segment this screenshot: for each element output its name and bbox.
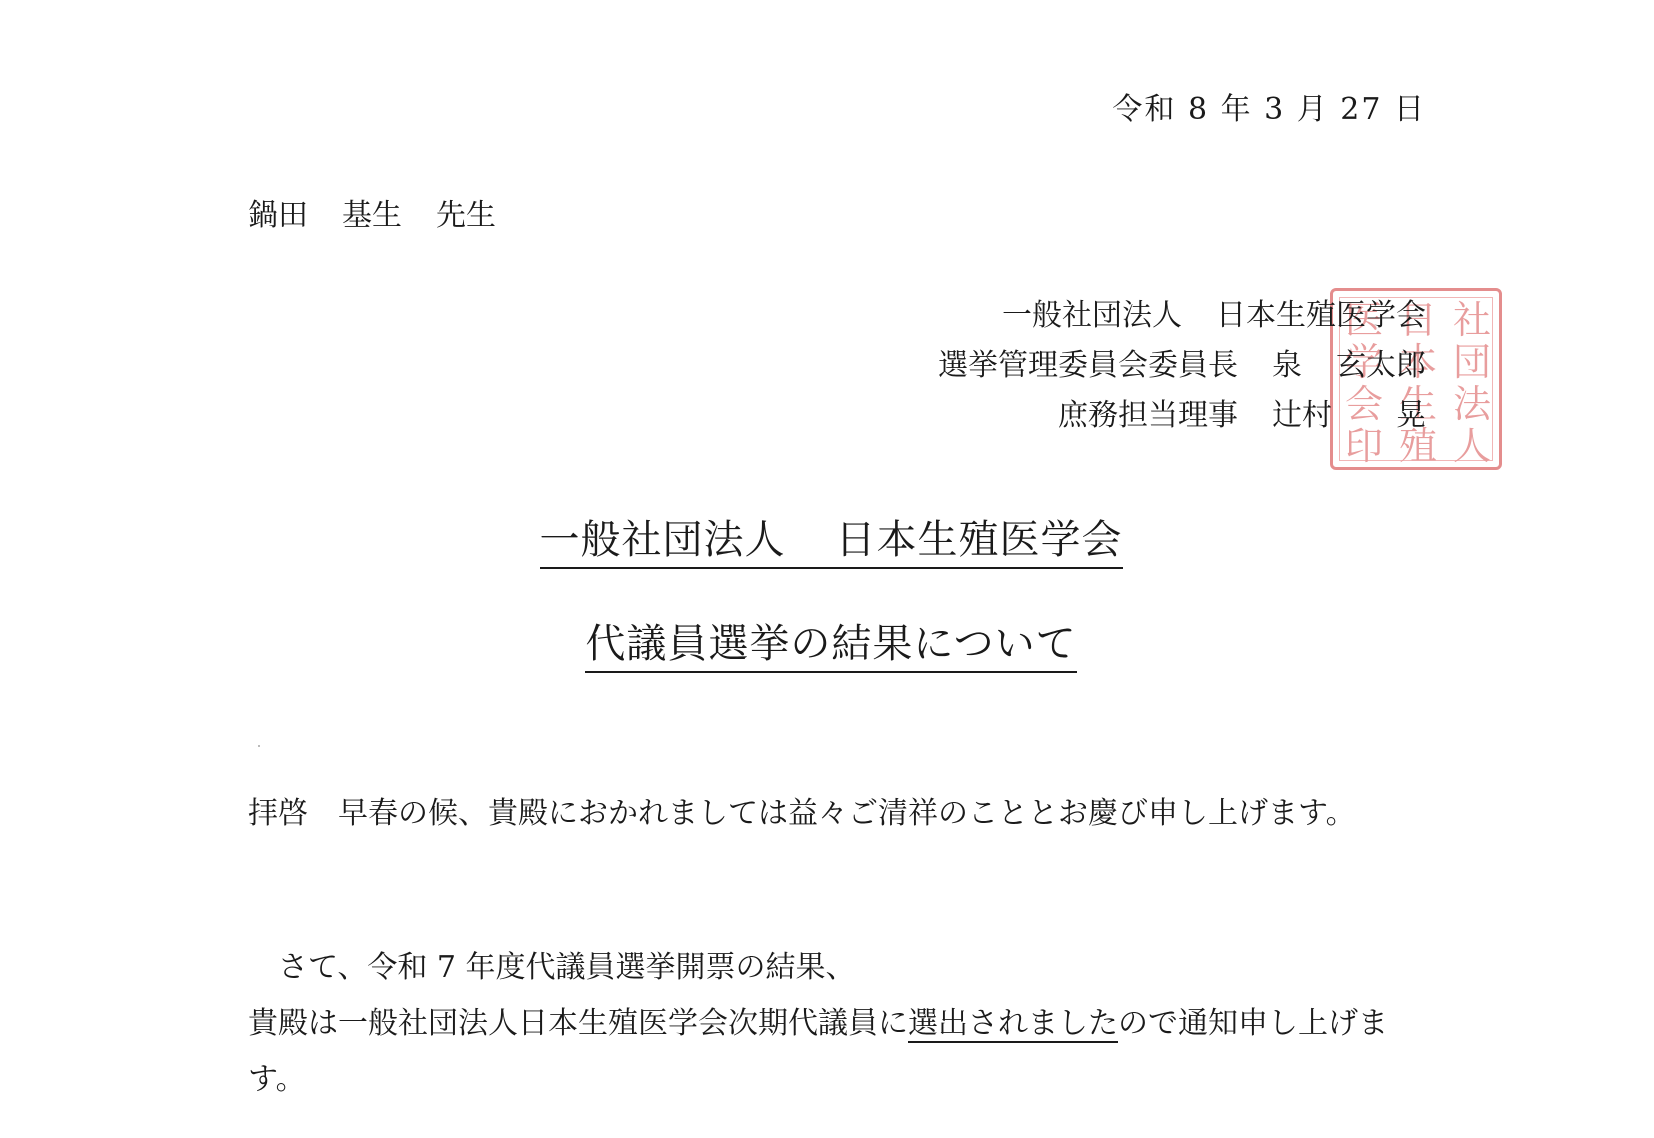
document-date: 令和 8 年 3 月 27 日 (1112, 84, 1426, 128)
seal-glyph: 人 (1453, 427, 1491, 465)
title-subject: 代議員選挙の結果について (585, 612, 1076, 673)
chair-given-name: 玄太郎 (1336, 348, 1426, 383)
scan-speck (258, 745, 260, 747)
document-title-line2: 代議員選挙の結果について (0, 612, 1654, 673)
result-emphasis: 選出されました (908, 1006, 1118, 1043)
document-title-line1: 一般社団法人日本生殖医学会 (0, 508, 1654, 569)
addressee: 鍋田基生先生 (248, 190, 530, 234)
chair-surname: 泉 (1272, 348, 1302, 383)
sender-director: 庶務担当理事辻村晃 (1058, 390, 1426, 434)
addressee-honorific: 先生 (436, 198, 496, 233)
seal-glyph: 法 (1453, 385, 1491, 423)
director-surname: 辻村 (1272, 398, 1332, 433)
director-given-name: 晃 (1396, 398, 1426, 433)
chair-title: 選挙管理委員会委員長 (938, 348, 1238, 383)
title-org-name: 日本生殖医学会 (836, 508, 1123, 565)
seal-glyph: 団 (1453, 343, 1491, 381)
sender-chair: 選挙管理委員会委員長泉玄太郎 (938, 340, 1426, 384)
organization-type: 一般社団法人 (1002, 298, 1182, 333)
result-pre-text: 貴殿は一般社団法人日本生殖医学会次期代議員に (248, 1006, 908, 1041)
body-paragraph-greeting: 拝啓 早春の候、貴殿におかれましては益々ご清祥のこととお慶び申し上げます。 (248, 786, 1428, 842)
seal-glyph: 社 (1453, 301, 1491, 339)
organization-name: 日本生殖医学会 (1216, 298, 1426, 333)
director-title: 庶務担当理事 (1058, 398, 1238, 433)
addressee-surname: 鍋田 (248, 198, 308, 233)
result-intro: さて、令和 7 年度代議員選挙開票の結果、 (248, 940, 1428, 996)
title-organization: 一般社団法人日本生殖医学会 (540, 508, 1123, 569)
result-statement: 貴殿は一般社団法人日本生殖医学会次期代議員に選出されましたので通知申し上げます。 (248, 996, 1428, 1108)
addressee-given-name: 基生 (342, 198, 402, 233)
sender-organization: 一般社団法人日本生殖医学会 (1002, 290, 1426, 334)
title-org-type: 一般社団法人 (540, 508, 786, 565)
body-paragraph-result: さて、令和 7 年度代議員選挙開票の結果、 貴殿は一般社団法人日本生殖医学会次期… (248, 940, 1428, 1108)
